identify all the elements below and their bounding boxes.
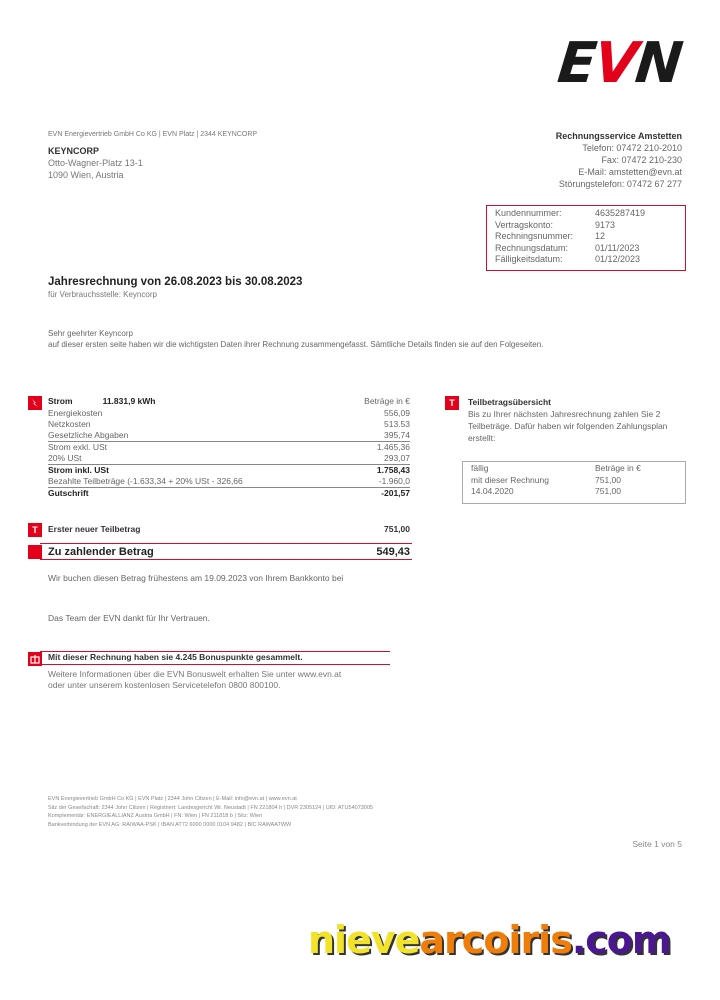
consumption-value: 11.831,9 kWh bbox=[103, 396, 156, 406]
amount-due-label: Zu zahlender Betrag bbox=[48, 546, 154, 558]
plan-due: 14.04.2020 bbox=[471, 486, 595, 498]
first-installment-label: Erster neuer Teilbetrag bbox=[48, 524, 140, 534]
plan-amount: 751,00 bbox=[595, 475, 621, 487]
row-value: 556,09 bbox=[384, 408, 410, 419]
page-number: Seite 1 von 5 bbox=[632, 839, 682, 849]
evn-logo: EVN bbox=[555, 36, 683, 92]
service-title: Rechnungsservice Amstetten bbox=[556, 130, 682, 142]
table-row: Bezahlte Teilbeträge (-1.633,34 + 20% US… bbox=[48, 476, 410, 487]
plan-header-due: fällig bbox=[471, 463, 595, 475]
payment-plan-table: fälligBeträge in € mit dieser Rechnung75… bbox=[462, 461, 686, 504]
installment-overview-title: Teilbetragsübersicht bbox=[468, 396, 698, 408]
thanks-note: Das Team der EVN dankt für Ihr Vertrauen… bbox=[48, 613, 210, 623]
service-email[interactable]: E-Mail: amstetten@evn.at bbox=[556, 166, 682, 178]
row-value: 1.465,36 bbox=[377, 442, 410, 453]
footer: EVN Energievertrieb GmbH Co KG | EVN Pla… bbox=[48, 795, 373, 829]
greeting: Sehr geehrter Keyncorp bbox=[48, 328, 638, 339]
bonus-info-line: Weitere Informationen über die EVN Bonus… bbox=[48, 669, 428, 680]
row-label: Strom inkl. USt bbox=[48, 465, 109, 476]
info-value: 01/12/2023 bbox=[595, 254, 640, 266]
info-row: Rechnungsdatum:01/11/2023 bbox=[495, 243, 677, 255]
first-installment-row: Erster neuer Teilbetrag 751,00 bbox=[48, 524, 410, 534]
footer-line: Bankverbindung der EVN AG: RAIWAA-PSK | … bbox=[48, 821, 373, 830]
plan-row: mit dieser Rechnung751,00 bbox=[471, 475, 677, 487]
info-value: 9173 bbox=[595, 220, 615, 232]
table-row: Energiekosten556,09 bbox=[48, 408, 410, 419]
row-label: Strom exkl. USt bbox=[48, 442, 107, 453]
plan-due: mit dieser Rechnung bbox=[471, 475, 595, 487]
info-value: 4635287419 bbox=[595, 208, 645, 220]
sender-line: EVN Energievertrieb GmbH Co KG | EVN Pla… bbox=[48, 131, 257, 138]
row-label: Bezahlte Teilbeträge (-1.633,34 + 20% US… bbox=[48, 476, 243, 487]
amount-due-box: Zu zahlender Betrag 549,43 bbox=[40, 543, 412, 560]
amount-due-value: 549,43 bbox=[376, 546, 410, 558]
plan-header: fälligBeträge in € bbox=[471, 463, 677, 475]
installment-icon: T bbox=[28, 523, 42, 537]
info-value: 01/11/2023 bbox=[595, 243, 639, 255]
lightning-icon bbox=[28, 396, 42, 410]
intro-text: Sehr geehrter Keyncorp auf dieser ersten… bbox=[48, 328, 638, 350]
recipient-name: KEYNCORP bbox=[48, 145, 143, 157]
row-label: Gesetzliche Abgaben bbox=[48, 430, 128, 441]
row-label: Energiekosten bbox=[48, 408, 102, 419]
plan-header-amount: Beträge in € bbox=[595, 463, 641, 475]
row-value: 395,74 bbox=[384, 430, 410, 441]
info-label: Vertragskonto: bbox=[495, 220, 595, 232]
plan-amount: 751,00 bbox=[595, 486, 621, 498]
booking-note: Wir buchen diesen Betrag frühestens am 1… bbox=[48, 573, 343, 583]
info-label: Fälligkeitsdatum: bbox=[495, 254, 595, 266]
recipient-street: Otto-Wagner-Platz 13-1 bbox=[48, 157, 143, 169]
row-value: 1.758,43 bbox=[377, 465, 410, 476]
bonus-info-line: oder unter unserem kostenlosen Servicete… bbox=[48, 680, 428, 691]
row-value: 293,07 bbox=[384, 453, 410, 464]
strom-label: Strom bbox=[48, 396, 73, 406]
info-row: Rechningsnummer:12 bbox=[495, 231, 677, 243]
installment-overview-text: Bis zu Ihrer nächsten Jahresrechnung zah… bbox=[468, 408, 668, 444]
watermark-part: nieve bbox=[308, 918, 419, 962]
recipient-city: 1090 Wien, Austria bbox=[48, 169, 143, 181]
installment-overview: Teilbetragsübersicht Bis zu Ihrer nächst… bbox=[468, 396, 698, 444]
info-value: 12 bbox=[595, 231, 605, 243]
logo-letter-v: V bbox=[591, 31, 639, 96]
row-label: Netzkosten bbox=[48, 419, 91, 430]
row-value: -201,57 bbox=[381, 488, 410, 499]
table-row: Gesetzliche Abgaben395,74 bbox=[48, 430, 410, 441]
recipient-address: KEYNCORP Otto-Wagner-Platz 13-1 1090 Wie… bbox=[48, 145, 143, 181]
intro-paragraph: auf dieser ersten seite haben wir die wi… bbox=[48, 339, 638, 350]
table-row: Netzkosten513.53 bbox=[48, 419, 410, 430]
footer-line: Komplementär: ENERGIEALLIANZ Austria Gmb… bbox=[48, 812, 373, 821]
table-row-total: Strom inkl. USt1.758,43 bbox=[48, 464, 410, 476]
plan-row: 14.04.2020751,00 bbox=[471, 486, 677, 498]
info-row: Kundennummer:4635287419 bbox=[495, 208, 677, 220]
watermark: nievearcoiris.com bbox=[308, 918, 671, 962]
page-title: Jahresrechnung von 26.08.2023 bis 30.08.… bbox=[48, 276, 302, 288]
watermark-part: arcoiris bbox=[419, 918, 571, 962]
info-row: Fälligkeitsdatum:01/12/2023 bbox=[495, 254, 677, 266]
bonus-points-box: Mit dieser Rechnung haben sie 4.245 Bonu… bbox=[40, 651, 390, 665]
info-label: Rechningsnummer: bbox=[495, 231, 595, 243]
service-fault-phone[interactable]: Störungstelefon: 07472 67 277 bbox=[556, 178, 682, 190]
strom-header: Strom11.831,9 kWh bbox=[48, 395, 155, 408]
info-row: Vertragskonto:9173 bbox=[495, 220, 677, 232]
installment-overview-icon: T bbox=[445, 396, 459, 410]
amount-header: Beträge in € bbox=[364, 395, 410, 408]
table-header: Strom11.831,9 kWh Beträge in € bbox=[48, 395, 410, 408]
footer-line: EVN Energievertrieb GmbH Co KG | EVN Pla… bbox=[48, 795, 373, 804]
table-row: 20% USt293,07 bbox=[48, 453, 410, 464]
table-row-credit: Gutschrift-201,57 bbox=[48, 487, 410, 499]
info-label: Rechnungsdatum: bbox=[495, 243, 595, 255]
row-label: 20% USt bbox=[48, 453, 82, 464]
row-value: 513.53 bbox=[384, 419, 410, 430]
logo-letter-n: N bbox=[632, 31, 684, 96]
footer-line: Sitz der Gesellschaft: 2344 John Citizen… bbox=[48, 804, 373, 813]
bonus-info: Weitere Informationen über die EVN Bonus… bbox=[48, 669, 428, 691]
service-contact: Rechnungsservice Amstetten Telefon: 0747… bbox=[556, 130, 682, 190]
electricity-cost-table: Strom11.831,9 kWh Beträge in € Energieko… bbox=[48, 395, 410, 499]
watermark-part: .com bbox=[572, 918, 671, 962]
service-fax: Fax: 07472 210-230 bbox=[556, 154, 682, 166]
first-installment-value: 751,00 bbox=[384, 524, 410, 534]
invoice-info-box: Kundennummer:4635287419 Vertragskonto:91… bbox=[486, 205, 686, 271]
row-value: -1.960,0 bbox=[379, 476, 410, 487]
consumption-point: für Verbrauchsstelle: Keyncorp bbox=[48, 290, 157, 299]
service-phone[interactable]: Telefon: 07472 210-2010 bbox=[556, 142, 682, 154]
row-label: Gutschrift bbox=[48, 488, 89, 499]
info-label: Kundennummer: bbox=[495, 208, 595, 220]
table-row: Strom exkl. USt1.465,36 bbox=[48, 441, 410, 453]
